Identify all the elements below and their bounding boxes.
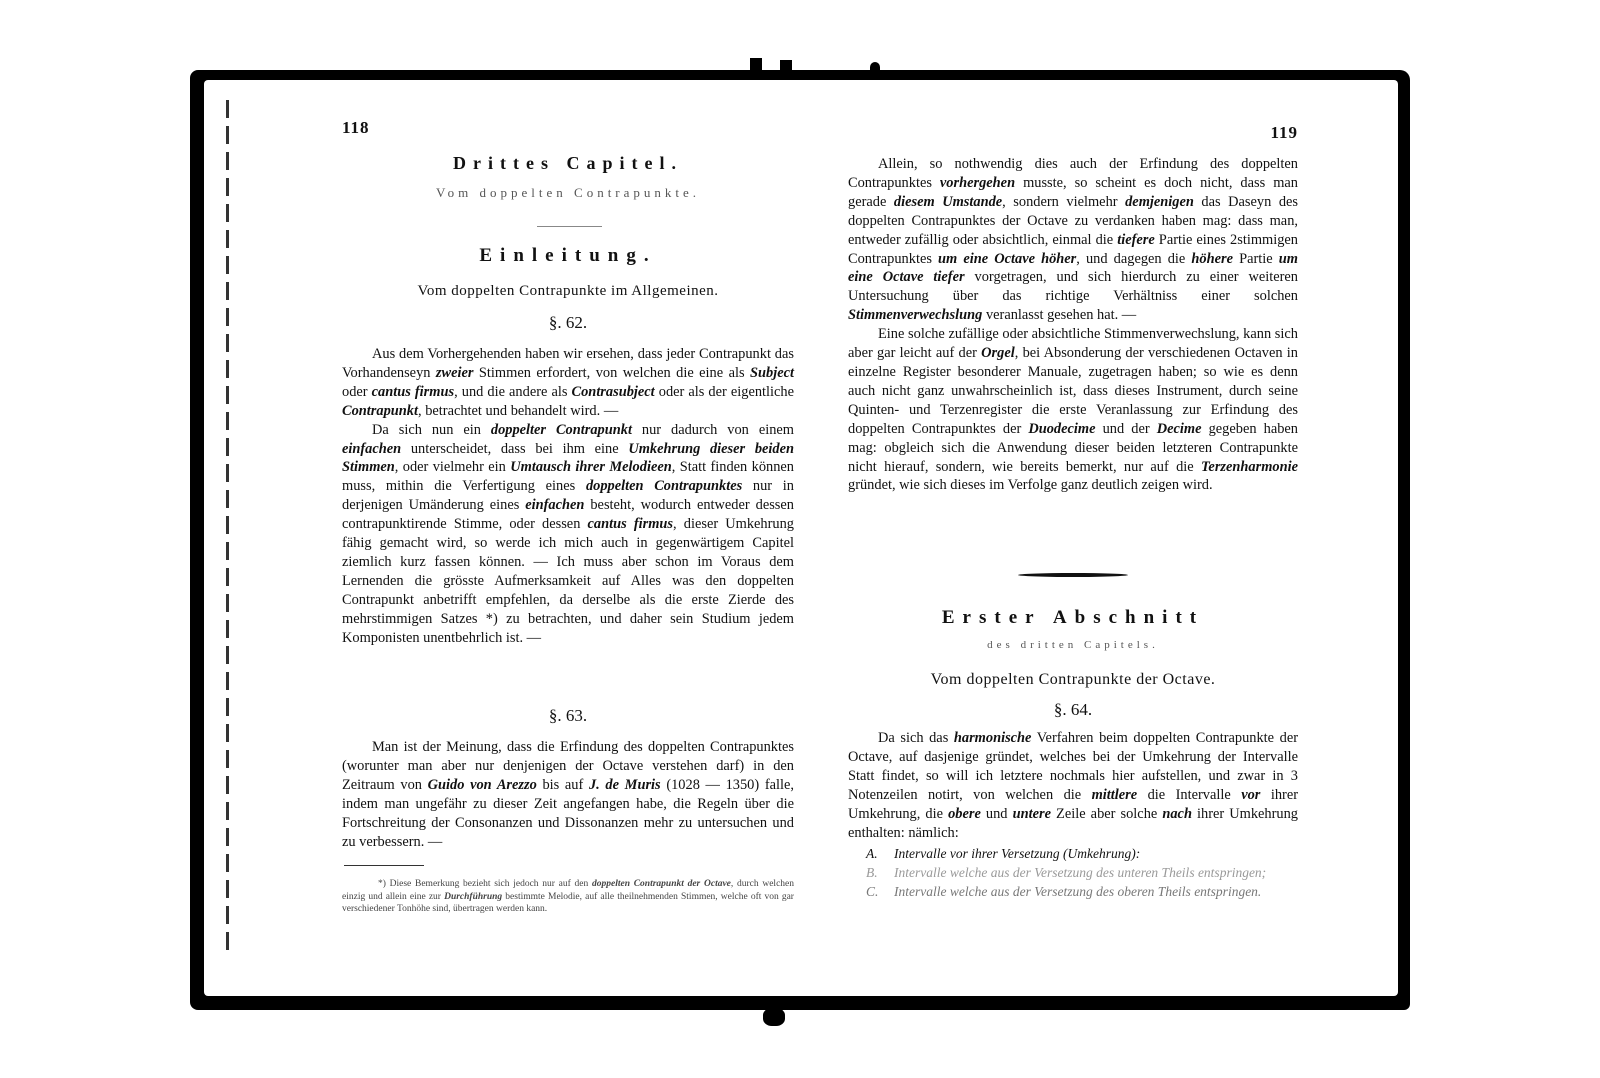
chapter-subtitle: Vom doppelten Contrapunkte. (342, 185, 794, 201)
scan-artifact (780, 60, 792, 74)
spine-bottom-artifact (763, 1008, 785, 1026)
list-item: C.Intervalle welche aus der Versetzung d… (866, 882, 1298, 901)
text-block: Allein, so nothwendig dies auch der Erfi… (848, 155, 1298, 325)
paragraph-number-64: §. 64. (848, 700, 1298, 720)
list-item: A.Intervalle vor ihrer Versetzung (Umkeh… (866, 844, 1298, 863)
footnote-text: *) Diese Bemerkung bezieht sich jedoch n… (342, 878, 794, 916)
paragraph-62-text: Aus dem Vorhergehenden haben wir ersehen… (342, 345, 794, 648)
section-subtitle: Vom doppelten Contrapunkte im Allgemeine… (342, 283, 794, 300)
section-subtitle: des dritten Capitels. (848, 639, 1298, 651)
section-title: Erster Abschnitt (848, 607, 1298, 629)
text-block: Man ist der Meinung, dass die Erfindung … (342, 738, 794, 851)
paragraph-number-63: §. 63. (342, 706, 794, 726)
text-block: Aus dem Vorhergehenden haben wir ersehen… (342, 345, 794, 421)
section-title: Einleitung. (342, 245, 794, 267)
paragraph-63-text: Man ist der Meinung, dass die Erfindung … (342, 738, 794, 851)
text-block: Da sich nun ein doppelter Contrapunkt nu… (342, 421, 794, 648)
page-number: 119 (1270, 123, 1298, 143)
ornament-divider (1018, 573, 1128, 577)
continued-text: Allein, so nothwendig dies auch der Erfi… (848, 155, 1298, 495)
chapter-title: Drittes Capitel. (342, 153, 794, 174)
scan-artifact (870, 62, 880, 72)
left-edge-shadow (226, 100, 229, 956)
page-number: 118 (342, 118, 370, 138)
interval-list: A.Intervalle vor ihrer Versetzung (Umkeh… (848, 844, 1298, 901)
paragraph-64-text: Da sich das harmonische Verfahren beim d… (848, 729, 1298, 842)
footnote-divider (344, 865, 424, 866)
paragraph-number-62: §. 62. (342, 313, 794, 333)
section-headline: Vom doppelten Contrapunkte der Octave. (848, 671, 1298, 689)
scan-artifact (750, 58, 762, 74)
list-item: B.Intervalle welche aus der Versetzung d… (866, 863, 1298, 882)
footnote: *) Diese Bemerkung bezieht sich jedoch n… (342, 878, 794, 916)
text-block: Da sich das harmonische Verfahren beim d… (848, 729, 1298, 842)
text-block: Eine solche zufällige oder absichtliche … (848, 325, 1298, 495)
divider (537, 226, 602, 227)
